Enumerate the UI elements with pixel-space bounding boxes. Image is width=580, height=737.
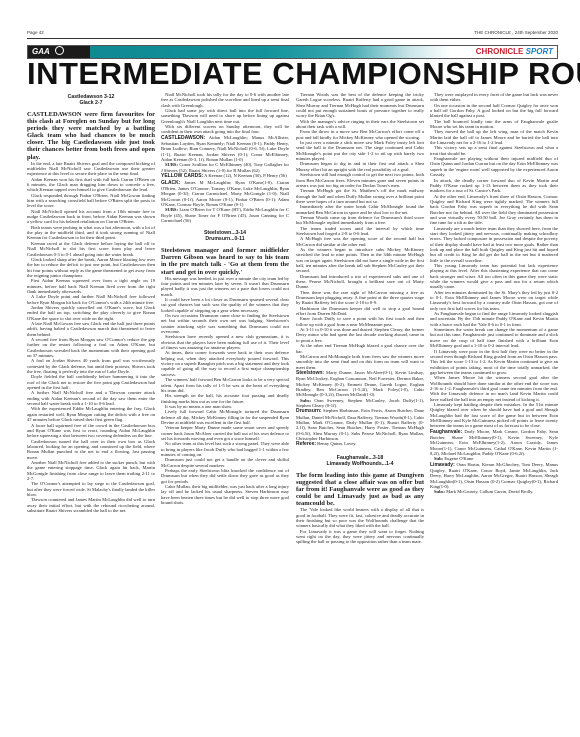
paragraph: This victory sets up a semi final agains… bbox=[430, 145, 558, 156]
paragraph: Tiernan Woods was the best of the defenc… bbox=[296, 92, 424, 119]
page-header-line: Page 42 THE CHRONICLE , 24th September 2… bbox=[27, 28, 558, 39]
paragraph: A second free from Ryan Morgan saw O'Con… bbox=[27, 337, 155, 358]
lineup-glack: GLACK: James M McLaughlin; Ryan O'Kane(1… bbox=[161, 180, 289, 208]
lineup-limavady: Limavady: Oran Hartin, Kieran McGlinchey… bbox=[430, 462, 558, 490]
subs-glack: SUBS: Liam O'Brien for T O'Kane (HT), Ed… bbox=[161, 207, 289, 223]
paragraph: Glack looked sharp after the break, Aaro… bbox=[27, 257, 155, 278]
paragraph: A McHugh free was the opening score of t… bbox=[296, 236, 424, 247]
paragraph: Steelstown still had enough control to g… bbox=[296, 172, 424, 188]
paragraph: The ball bounced kindly into the arms of… bbox=[430, 119, 558, 130]
gaa-crest-icon bbox=[55, 46, 64, 55]
paragraph: Castledawson turned the ball over in the… bbox=[27, 439, 155, 460]
lineup-castledawson: CASTLEDAWSON: Aidan McLaughlin; Manus Mc… bbox=[161, 135, 289, 163]
paragraph: McCarron and McMonagle both from frees s… bbox=[296, 354, 424, 370]
paragraph: In attack, the deadly corner forward duo… bbox=[430, 178, 558, 194]
paragraph: In just over a minute a slick move saw M… bbox=[296, 140, 424, 161]
paragraph: Glack responded through Finbar O'Brien, … bbox=[27, 193, 155, 209]
paragraph: At 3-11 to 0-10 it was done and dusted. … bbox=[296, 327, 424, 343]
paragraph: If Limavady were poor in the first half … bbox=[430, 349, 558, 376]
paragraph: Sometimes the water break can change the… bbox=[430, 327, 558, 348]
subs-castledawson: SUBS: Conor Scullion for C McElhinney (4… bbox=[161, 162, 289, 173]
paragraph: At the other end Tiernan McHugh blazed a… bbox=[296, 343, 424, 354]
article-2-lead: Steelstown manager and former midfielder… bbox=[161, 247, 289, 275]
paragraph: At times, their corner forwards were bac… bbox=[161, 350, 289, 377]
paragraph: They moved the ball up the left wing, ma… bbox=[430, 129, 558, 145]
column-4: They were outplayed in every facet of th… bbox=[430, 92, 558, 495]
paragraph: Then there was the rare sight of McCarro… bbox=[296, 290, 424, 306]
paragraph: Both teams were probing in what was a ho… bbox=[27, 225, 155, 241]
paragraph: With the manager's advice ringing in the… bbox=[296, 119, 424, 130]
paragraph: The winners' half forward Ben McCarron l… bbox=[161, 377, 289, 393]
subs-limavady: Subs: Mark McGroarty, Callum Carrin, Dav… bbox=[430, 489, 558, 494]
paragraph: Niall McNicholl opened his account from … bbox=[27, 209, 155, 225]
paragraph: Niall McNicholl took his tally for the d… bbox=[161, 92, 289, 108]
paragraph: The 'Vale looked like world beaters with… bbox=[296, 507, 424, 528]
article-3-lead: The form leading into this game at Dungi… bbox=[296, 472, 424, 507]
paragraph: It could have been a lot closer as Drums… bbox=[161, 297, 289, 313]
paragraph: The O'Connor's attempted to lay siege to… bbox=[27, 481, 155, 497]
paragraph: Drumsurn had introduced a trio of experi… bbox=[296, 274, 424, 290]
article-1-lead: CASTLEDAWSON were firm favourites for th… bbox=[27, 111, 155, 161]
paragraph: From the throw in a move saw Ben McCarro… bbox=[296, 129, 424, 140]
paragraph: Tiernan Woods came up from defence for D… bbox=[296, 215, 424, 226]
paragraph: Drumsurn just could not get a handle on … bbox=[161, 457, 289, 468]
publication-date: THE CHRONICLE , 24th September 2020 bbox=[474, 30, 558, 35]
paragraph: This young Limavady team has potential b… bbox=[430, 263, 558, 290]
paragraph: When James Moore hit the winners second … bbox=[430, 375, 558, 402]
paragraph: For Limavady it was a game they will wan… bbox=[296, 529, 424, 545]
paragraph: Faughanvale are playing without their in… bbox=[430, 156, 558, 177]
paragraph: At the other end, Limavady's front three… bbox=[430, 194, 558, 226]
page-headline: INTERMEDIATE CHAMPIONSHIP ROUND-UP bbox=[27, 59, 558, 89]
article-1-score: Castledawson 3-12 Glack 2-7 bbox=[27, 94, 155, 106]
page-number: Page 42 bbox=[27, 30, 44, 35]
paragraph: With the experienced Eddie McLaughlin en… bbox=[27, 406, 155, 422]
paragraph: A loose ball squirmed free of the crowd … bbox=[27, 423, 155, 439]
paragraph: His message was heeded, in just over a m… bbox=[161, 276, 289, 297]
paragraph: After ten minutes dominated by the St. M… bbox=[430, 290, 558, 311]
column-1: Castledawson 3-12 Glack 2-7 CASTLEDAWSON… bbox=[27, 92, 155, 513]
paragraph: Veteran keeper Marty Dunne made some sma… bbox=[161, 425, 289, 441]
paragraph: Limavady kept battling despite their mis… bbox=[430, 402, 558, 429]
paragraph: Jordan Shivers quickly cancelled out O'K… bbox=[27, 305, 155, 321]
paragraph: Harbinson the Drumsurn keeper did well t… bbox=[296, 306, 424, 317]
brand-chronicle: CHRONICLE bbox=[476, 47, 524, 56]
paragraph: Cahir Mullan, their big midfielder, was … bbox=[161, 484, 289, 505]
paragraph: As Faughanvale began to find the range L… bbox=[430, 311, 558, 327]
paragraph: Keenan raced at the Glack defence before… bbox=[27, 241, 155, 257]
paragraph: Perhaps the early Steelstown blitz knock… bbox=[161, 468, 289, 484]
paragraph: The teams traded scores until the interv… bbox=[296, 226, 424, 237]
paragraph: His strength on the ball, his accurate f… bbox=[161, 393, 289, 404]
lineup-faughanvale: Faughanvale: Darly Moore, Mark Creane, G… bbox=[430, 429, 558, 457]
column-3: Tiernan Woods was the best of the defenc… bbox=[296, 92, 424, 545]
paragraph: Doyle fielded the ball confidently befor… bbox=[27, 374, 155, 390]
paragraph: Tiernan McHugh got the St. Matthew's off… bbox=[296, 188, 424, 204]
brand-sport: SPORT bbox=[526, 47, 553, 56]
paragraph: Another Niall McNicholl free added to th… bbox=[27, 460, 155, 481]
paragraph: Steelstown have recently opened a new cl… bbox=[161, 334, 289, 350]
paragraph: Drumsurn began to dig in and in their fi… bbox=[296, 161, 424, 172]
paragraph: 'Dawson countered and James Martin McLau… bbox=[27, 497, 155, 513]
paragraph: They were outplayed in every facet of th… bbox=[430, 92, 558, 103]
paragraph: Aidan Keenan won his first duel with ful… bbox=[27, 177, 155, 193]
paragraph: A foul on Jordan Shivers 40 yards from g… bbox=[27, 358, 155, 374]
column-2: Niall McNicholl took his tally for the d… bbox=[161, 92, 289, 505]
paragraph: As the winners began to introduce subs M… bbox=[296, 247, 424, 274]
paragraph: On two occasions Drumsurn came close to … bbox=[161, 313, 289, 334]
paragraph: Glack had some joy with direct ball into… bbox=[161, 108, 289, 124]
paragraph: No other team at this level has such a s… bbox=[161, 441, 289, 457]
paragraph: A further Niall McNicholl free and a 'Da… bbox=[27, 390, 155, 406]
paragraph: On one occasion in the second half Corma… bbox=[430, 103, 558, 119]
paragraph: Limavady are a much better team than the… bbox=[430, 226, 558, 263]
article-3-score: Faughanvale...3-18 Limavady Wolfhounds..… bbox=[296, 455, 424, 467]
lineup-drumsurn: Drumsurn: Stephen Harbinson, Eoin Ferris… bbox=[296, 408, 424, 441]
article-2-score: Steelstown...3-14 Drumsurn...0-11 bbox=[161, 230, 289, 242]
gaa-label: GAA bbox=[32, 47, 50, 56]
paragraph: In the end, a late Ruairi Shivers goal a… bbox=[27, 161, 155, 177]
paragraph: With six different scorers on Sunday aft… bbox=[161, 124, 289, 135]
lineup-steelstown: Steelstown: Marty Dunne, Jason McAleer(0… bbox=[296, 370, 424, 398]
subs-steelstown: Subs: Oran Sweeney, Stephen McCauley, Ja… bbox=[296, 398, 424, 409]
paragraph: Emer Jacob Duffy to save a point with hi… bbox=[296, 316, 424, 327]
paragraph: First Aidan Keenan squeezed over from a … bbox=[27, 278, 155, 294]
paragraph: Lively full forward Cahir McMonagle tort… bbox=[161, 409, 289, 425]
paragraph: A late Niall McGowan free saw Glack end … bbox=[27, 321, 155, 337]
paragraph: Immediately after the water break Cahir … bbox=[296, 204, 424, 215]
paragraph: A Luke Doyle point and further Niall McN… bbox=[27, 294, 155, 305]
